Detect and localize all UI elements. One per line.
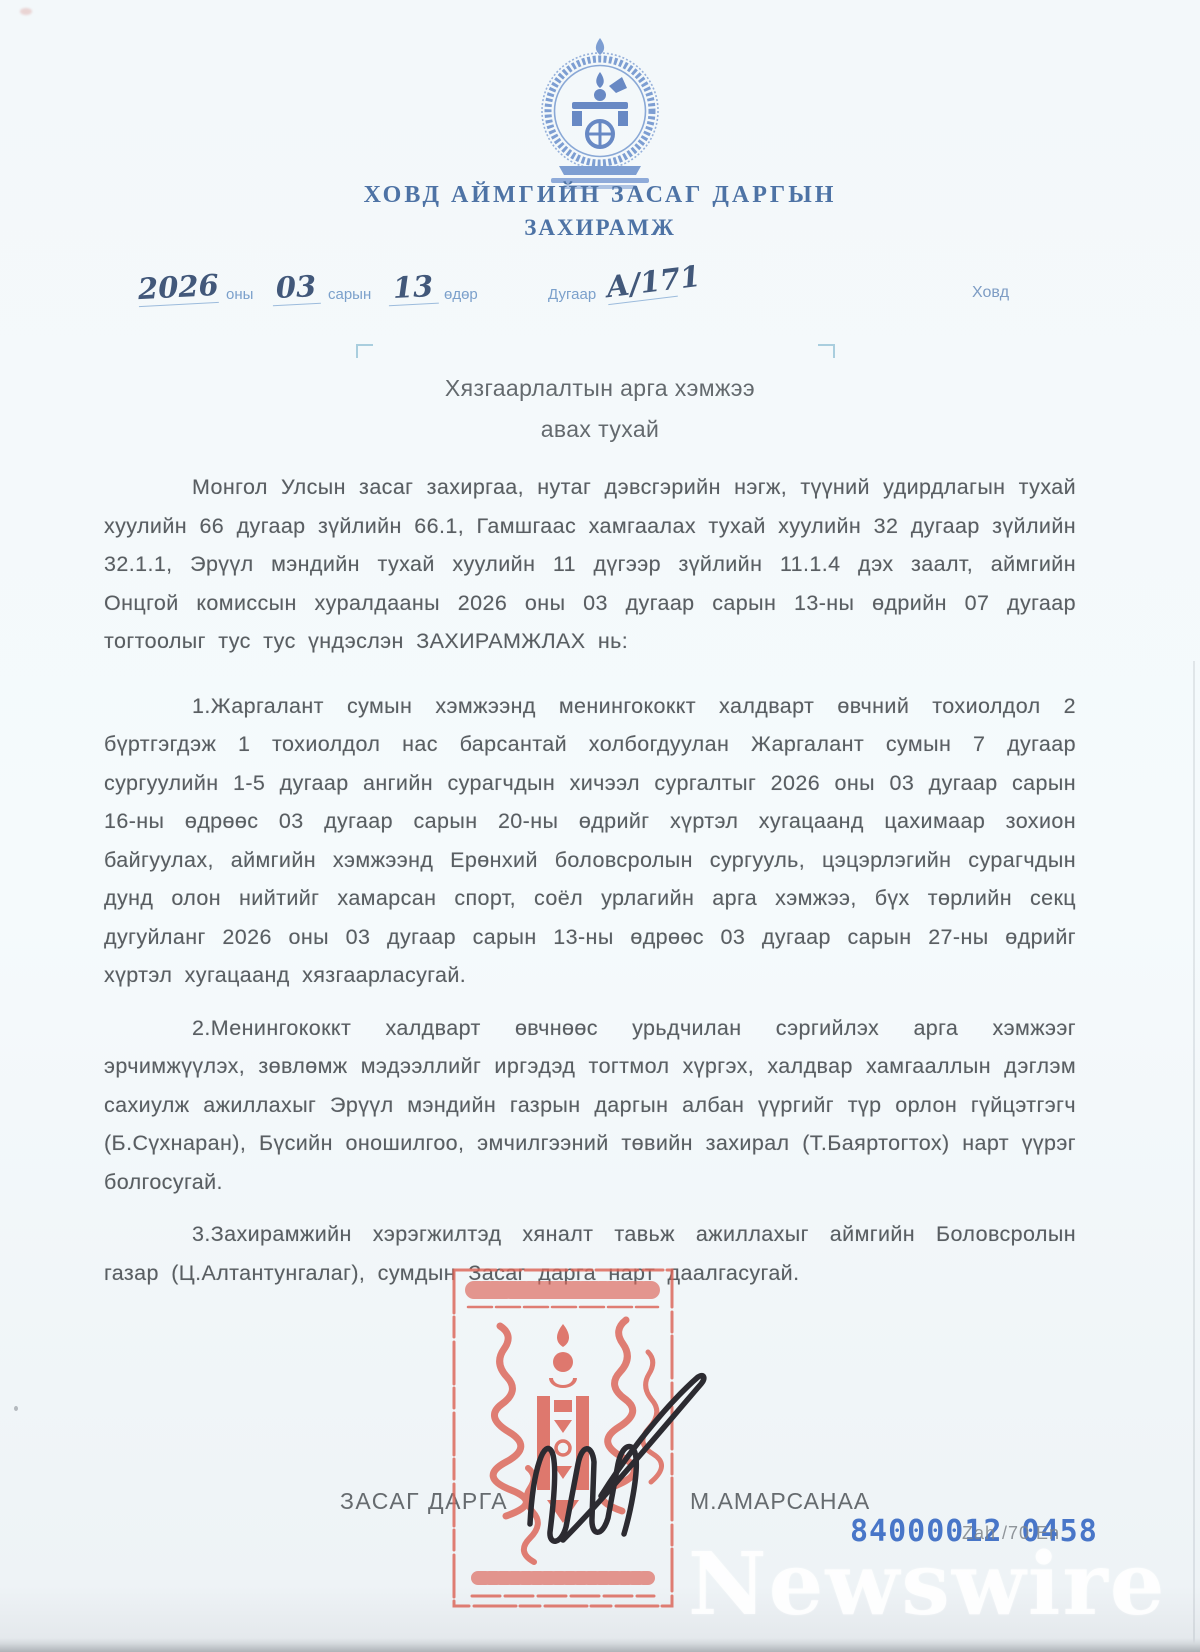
page-bottom-edge	[0, 1638, 1200, 1652]
page-right-edge	[1193, 661, 1195, 1652]
issue-place: Ховд	[972, 284, 1009, 302]
date-month-label: сарын	[328, 286, 371, 303]
date-day-value: 13	[387, 269, 439, 307]
date-year-label: оны	[226, 286, 253, 303]
registration-number-stamp: 84000012 0458 Zah /70 En	[850, 1514, 1098, 1549]
scan-smudge	[20, 8, 32, 15]
document-title-line1: Хязгаарлалтын арга хэмжээ	[0, 368, 1200, 409]
paragraph-item-1: 1.Жаргалант сумын хэмжээнд менингококкт …	[104, 687, 1076, 995]
scan-speck	[14, 1406, 18, 1411]
document-type-title: ЗАХИРАМЖ	[0, 215, 1200, 241]
corner-bracket-right	[818, 344, 835, 358]
newswire-watermark: Newswire	[688, 1534, 1167, 1635]
registration-overlay-text: Zah /70 En	[962, 1523, 1060, 1544]
date-day-label: өдөр	[444, 286, 478, 303]
document-page: ХОВД АЙМГИЙН ЗАСАГ ДАРГЫН ЗАХИРАМЖ 2026 …	[0, 0, 1200, 1652]
paragraph-legal-basis: Монгол Улсын засаг захиргаа, нутаг дэвсг…	[104, 468, 1076, 661]
governor-signature-icon	[505, 1346, 720, 1558]
document-title-line2: авах тухай	[0, 409, 1200, 450]
document-body: Монгол Улсын засаг захиргаа, нутаг дэвсг…	[104, 468, 1076, 1306]
issuing-authority: ХОВД АЙМГИЙН ЗАСАГ ДАРГЫН ЗАХИРАМЖ	[0, 182, 1200, 241]
date-year-value: 2026	[137, 268, 219, 307]
document-number-label: Дугаар	[548, 286, 596, 303]
mongolia-state-emblem-icon	[520, 34, 680, 192]
document-title: Хязгаарлалтын арга хэмжээ авах тухай	[0, 368, 1200, 450]
date-month-value: 03	[271, 269, 321, 306]
issuing-authority-name: ХОВД АЙМГИЙН ЗАСАГ ДАРГЫН	[0, 182, 1200, 209]
paragraph-item-2: 2.Менингококкт халдварт өвчнөөс урьдчила…	[104, 1009, 1076, 1202]
dateline: 2026 оны 03 сарын 13 өдөр Дугаар А/171 Х…	[0, 270, 1200, 322]
corner-bracket-left	[356, 344, 373, 358]
document-number-value: А/171	[604, 262, 678, 305]
